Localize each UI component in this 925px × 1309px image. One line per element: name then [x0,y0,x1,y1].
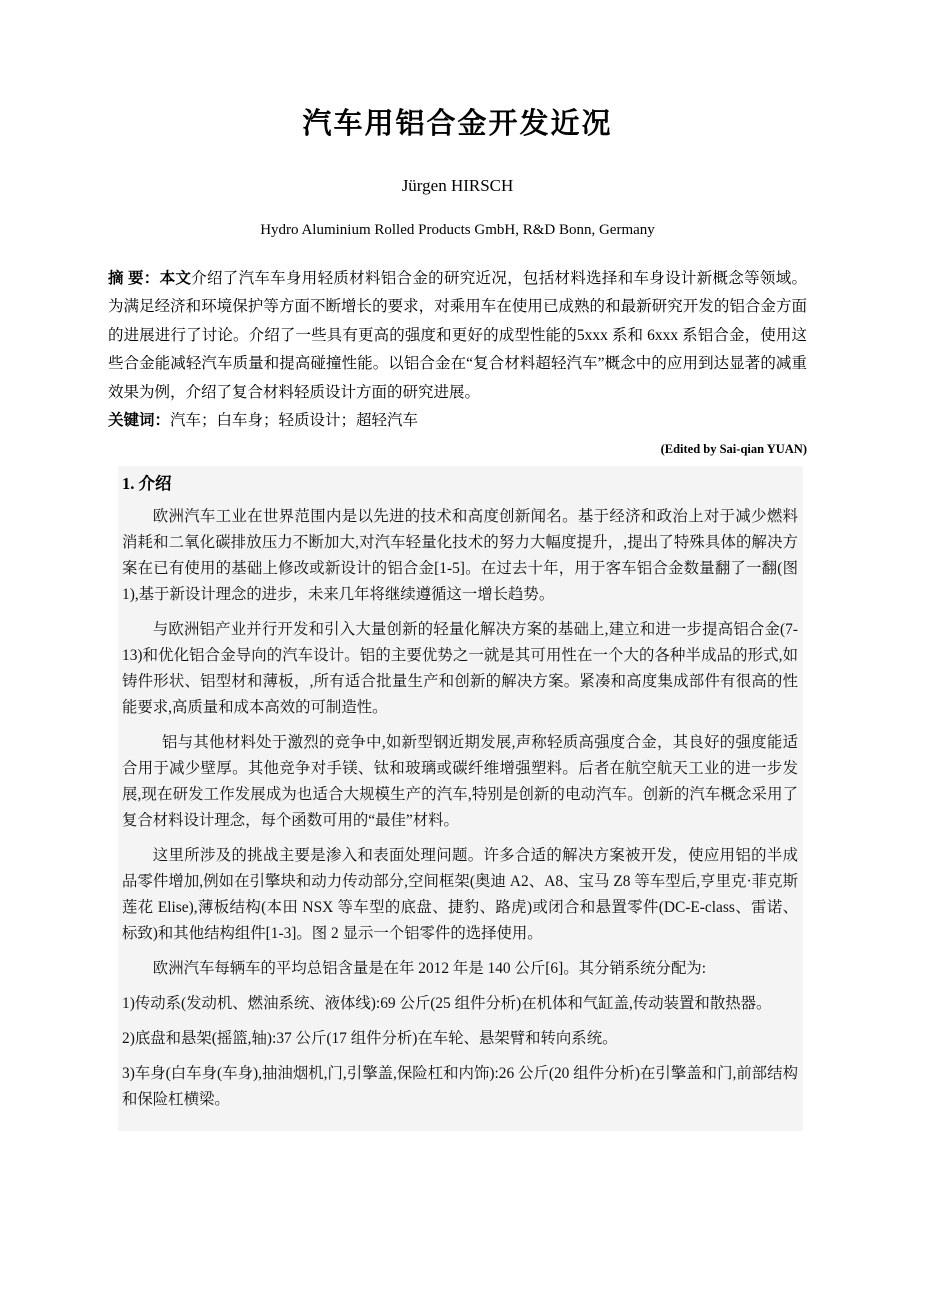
edited-by-credit: (Edited by Sai-qian YUAN) [108,442,807,457]
paragraph-5: 欧洲汽车每辆车的平均总铝含量是在年 2012 年是 140 公斤[6]。其分销系… [122,956,798,982]
document-content: 汽车用铝合金开发近况 Jürgen HIRSCH Hydro Aluminium… [108,0,807,1131]
author-affiliation: Hydro Aluminium Rolled Products GmbH, R&… [108,222,807,239]
abstract-paragraph: 摘 要：本文介绍了汽车车身用轻质材料铝合金的研究近况，包括材料选择和车身设计新概… [108,265,807,407]
paragraph-3: 铝与其他材料处于激烈的竞争中,如新型钢近期发展,声称轻质高强度合金，其良好的强度… [122,730,798,834]
introduction-section: 1. 介绍 欧洲汽车工业在世界范围内是以先进的技术和高度创新闻名。基于经济和政治… [118,466,803,1131]
abstract-label: 摘 要： [108,270,160,287]
section-heading: 1. 介绍 [122,473,798,495]
document-title: 汽车用铝合金开发近况 [108,101,807,142]
abstract-lead: 本文 [160,270,192,287]
paragraph-1: 欧洲汽车工业在世界范围内是以先进的技术和高度创新闻名。基于经济和政治上对于减少燃… [122,504,798,608]
abstract-text: 介绍了汽车车身用轻质材料铝合金的研究近况，包括材料选择和车身设计新概念等领域。为… [108,270,807,401]
list-item-3: 3)车身(白车身(车身),抽油烟机,门,引擎盖,保险杠和内饰):26 公斤(20… [122,1061,798,1113]
keywords-text: 汽车；白车身；轻质设计；超轻汽车 [170,412,418,429]
keywords-label: 关键词： [108,412,170,429]
author-name: Jürgen HIRSCH [108,176,807,196]
document-page: 汽车用铝合金开发近况 Jürgen HIRSCH Hydro Aluminium… [0,0,925,1309]
paragraph-2: 与欧洲铝产业并行开发和引入大量创新的轻量化解决方案的基础上,建立和进一步提高铝合… [122,617,798,721]
list-item-2: 2)底盘和悬架(摇篮,轴):37 公斤(17 组件分析)在车轮、悬架臂和转向系统… [122,1026,798,1052]
keywords-line: 关键词：汽车；白车身；轻质设计；超轻汽车 [108,407,807,435]
paragraph-4: 这里所涉及的挑战主要是渗入和表面处理问题。许多合适的解决方案被开发，使应用铝的半… [122,843,798,947]
list-item-1: 1)传动系(发动机、燃油系统、液体线):69 公斤(25 组件分析)在机体和气缸… [122,991,798,1017]
